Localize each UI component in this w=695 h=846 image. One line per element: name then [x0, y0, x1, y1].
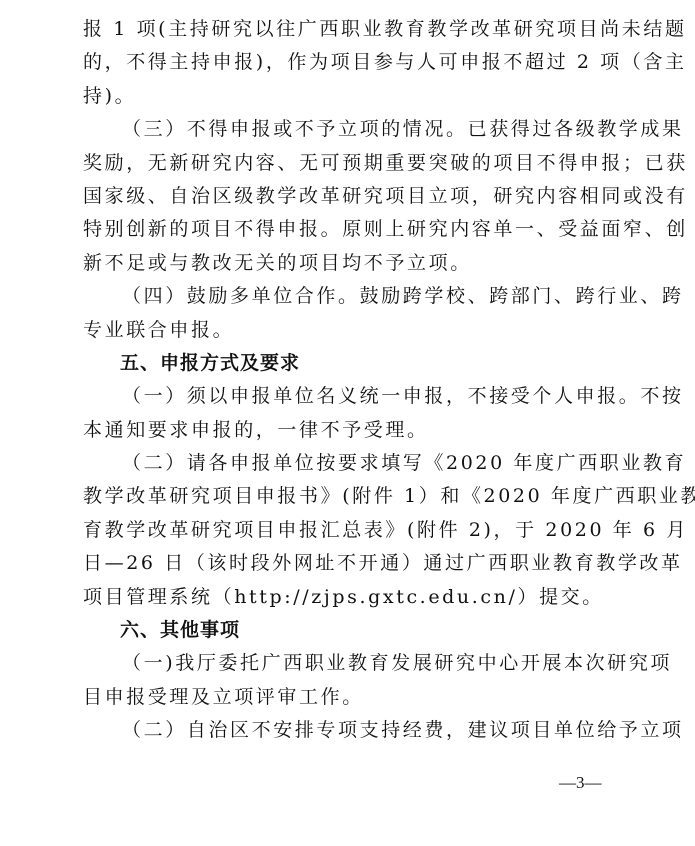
- text-line: 新不足或与教改无关的项目均不予立项。: [83, 247, 613, 280]
- section-heading-5: 五、申报方式及要求: [83, 347, 613, 380]
- section-heading-6: 六、其他事项: [83, 614, 613, 647]
- paragraph-5-1-start: （一）须以申报单位名义统一申报，不接受个人申报。不按: [83, 380, 613, 413]
- paragraph-3-start: （三）不得申报或不予立项的情况。已获得过各级教学成果: [83, 113, 613, 146]
- text-line: 日—26 日（该时段外网址不开通）通过广西职业教育教学改革: [83, 547, 613, 580]
- text-line: 目申报受理及立项评审工作。: [83, 681, 613, 714]
- page-number: —3—: [559, 773, 602, 793]
- paragraph-6-2-start: （二）自治区不安排专项支持经费，建议项目单位给予立项: [83, 714, 613, 747]
- text-line: 国家级、自治区级教学改革研究项目立项，研究内容相同或没有: [83, 180, 613, 213]
- text-line: 专业联合申报。: [83, 314, 613, 347]
- paragraph-6-1-start: （一)我厅委托广西职业教育发展研究中心开展本次研究项: [83, 647, 613, 680]
- paragraph-5-2-start: （二）请各申报单位按要求填写《2020 年度广西职业教育: [83, 447, 613, 480]
- text-line: 育教学改革研究项目申报汇总表》(附件 2)，于 2020 年 6 月 22: [83, 514, 613, 547]
- text-line-with-url: 项目管理系统（http://zjps.gxtc.edu.cn/）提交。: [83, 581, 613, 614]
- text-line: 报 1 项(主持研究以往广西职业教育教学改革研究项目尚未结题: [83, 13, 613, 46]
- document-body: 报 1 项(主持研究以往广西职业教育教学改革研究项目尚未结题 的，不得主持申报)…: [83, 13, 613, 748]
- text-line: 的，不得主持申报)，作为项目参与人可申报不超过 2 项（含主: [83, 46, 613, 79]
- text-line: 特别创新的项目不得申报。原则上研究内容单一、受益面窄、创: [83, 213, 613, 246]
- text-line: 教学改革研究项目申报书》(附件 1）和《2020 年度广西职业教: [83, 480, 613, 513]
- text-line: 持)。: [83, 80, 613, 113]
- document-page: 报 1 项(主持研究以往广西职业教育教学改革研究项目尚未结题 的，不得主持申报)…: [0, 0, 695, 846]
- text-line: 本通知要求申报的，一律不予受理。: [83, 414, 613, 447]
- paragraph-4-start: （四）鼓励多单位合作。鼓励跨学校、跨部门、跨行业、跨: [83, 280, 613, 313]
- text-line: 奖励，无新研究内容、无可预期重要突破的项目不得申报；已获: [83, 147, 613, 180]
